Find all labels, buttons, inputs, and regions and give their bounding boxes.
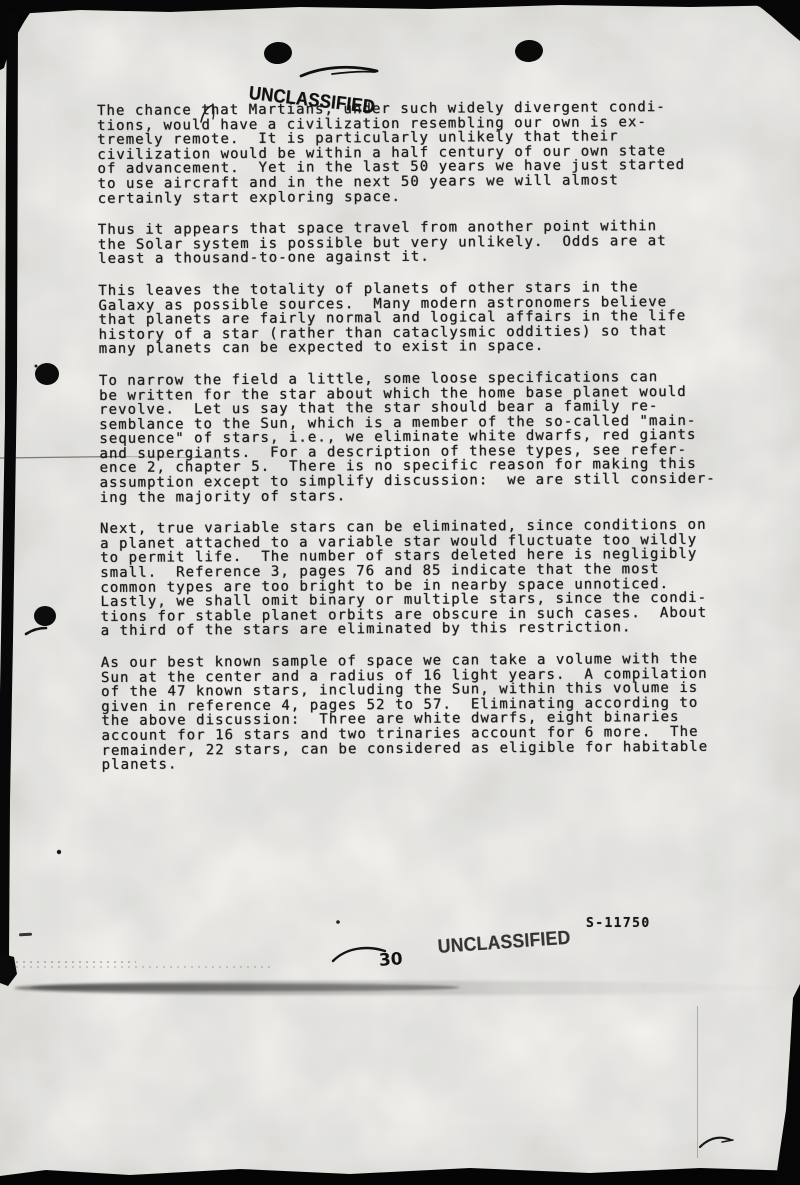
ink-speck: [336, 920, 340, 924]
scan-edge-right-bottom: [775, 984, 800, 1185]
scan-dotted-artifact: [16, 961, 136, 963]
ink-speck: [57, 850, 61, 854]
hole-punch-mark: [263, 41, 293, 65]
scan-fold-line: [697, 1006, 698, 1158]
paragraph: Next, true variable stars can be elimina…: [100, 518, 741, 639]
scan-smear-band-core: [30, 984, 460, 991]
pen-mark-squiggle: [700, 1138, 731, 1147]
pen-mark-dash: [26, 628, 46, 634]
pen-mark-swoosh: [301, 67, 377, 76]
unclassified-stamp-bottom: UNCLASSIFIED: [437, 927, 571, 959]
scanned-document-page: The chance that Martians, under such wid…: [0, 0, 800, 1185]
scan-edge-bottom: [0, 1168, 800, 1185]
page-number: 30: [378, 949, 403, 971]
ink-blot: [35, 363, 59, 385]
ink-dash: [19, 933, 32, 937]
scan-corner-top-right: [744, 0, 800, 41]
scan-corner-top-left: [0, 0, 40, 70]
ink-blot: [34, 606, 56, 626]
document-number: S-11750: [586, 916, 651, 931]
hole-punch-mark: [514, 39, 543, 63]
document-body-text: The chance that Martians, under such wid…: [97, 100, 742, 790]
scan-edge-left-blob: [0, 953, 17, 986]
paragraph: This leaves the totality of planets of o…: [98, 279, 738, 356]
pen-mark-arc: [333, 948, 385, 961]
scan-edge-top: [0, 0, 800, 15]
scan-edge-left: [0, 12, 18, 984]
paragraph: Thus it appears that space travel from a…: [98, 219, 738, 267]
scan-dotted-artifact: [16, 966, 271, 968]
paragraph: To narrow the field a little, some loose…: [99, 369, 740, 505]
paragraph: The chance that Martians, under such wid…: [97, 100, 738, 207]
pen-mark-squiggle: [722, 1140, 733, 1142]
pen-mark-swoosh: [332, 72, 375, 74]
paragraph: As our best known sample of space we can…: [101, 652, 742, 773]
ink-speck: [35, 365, 38, 368]
